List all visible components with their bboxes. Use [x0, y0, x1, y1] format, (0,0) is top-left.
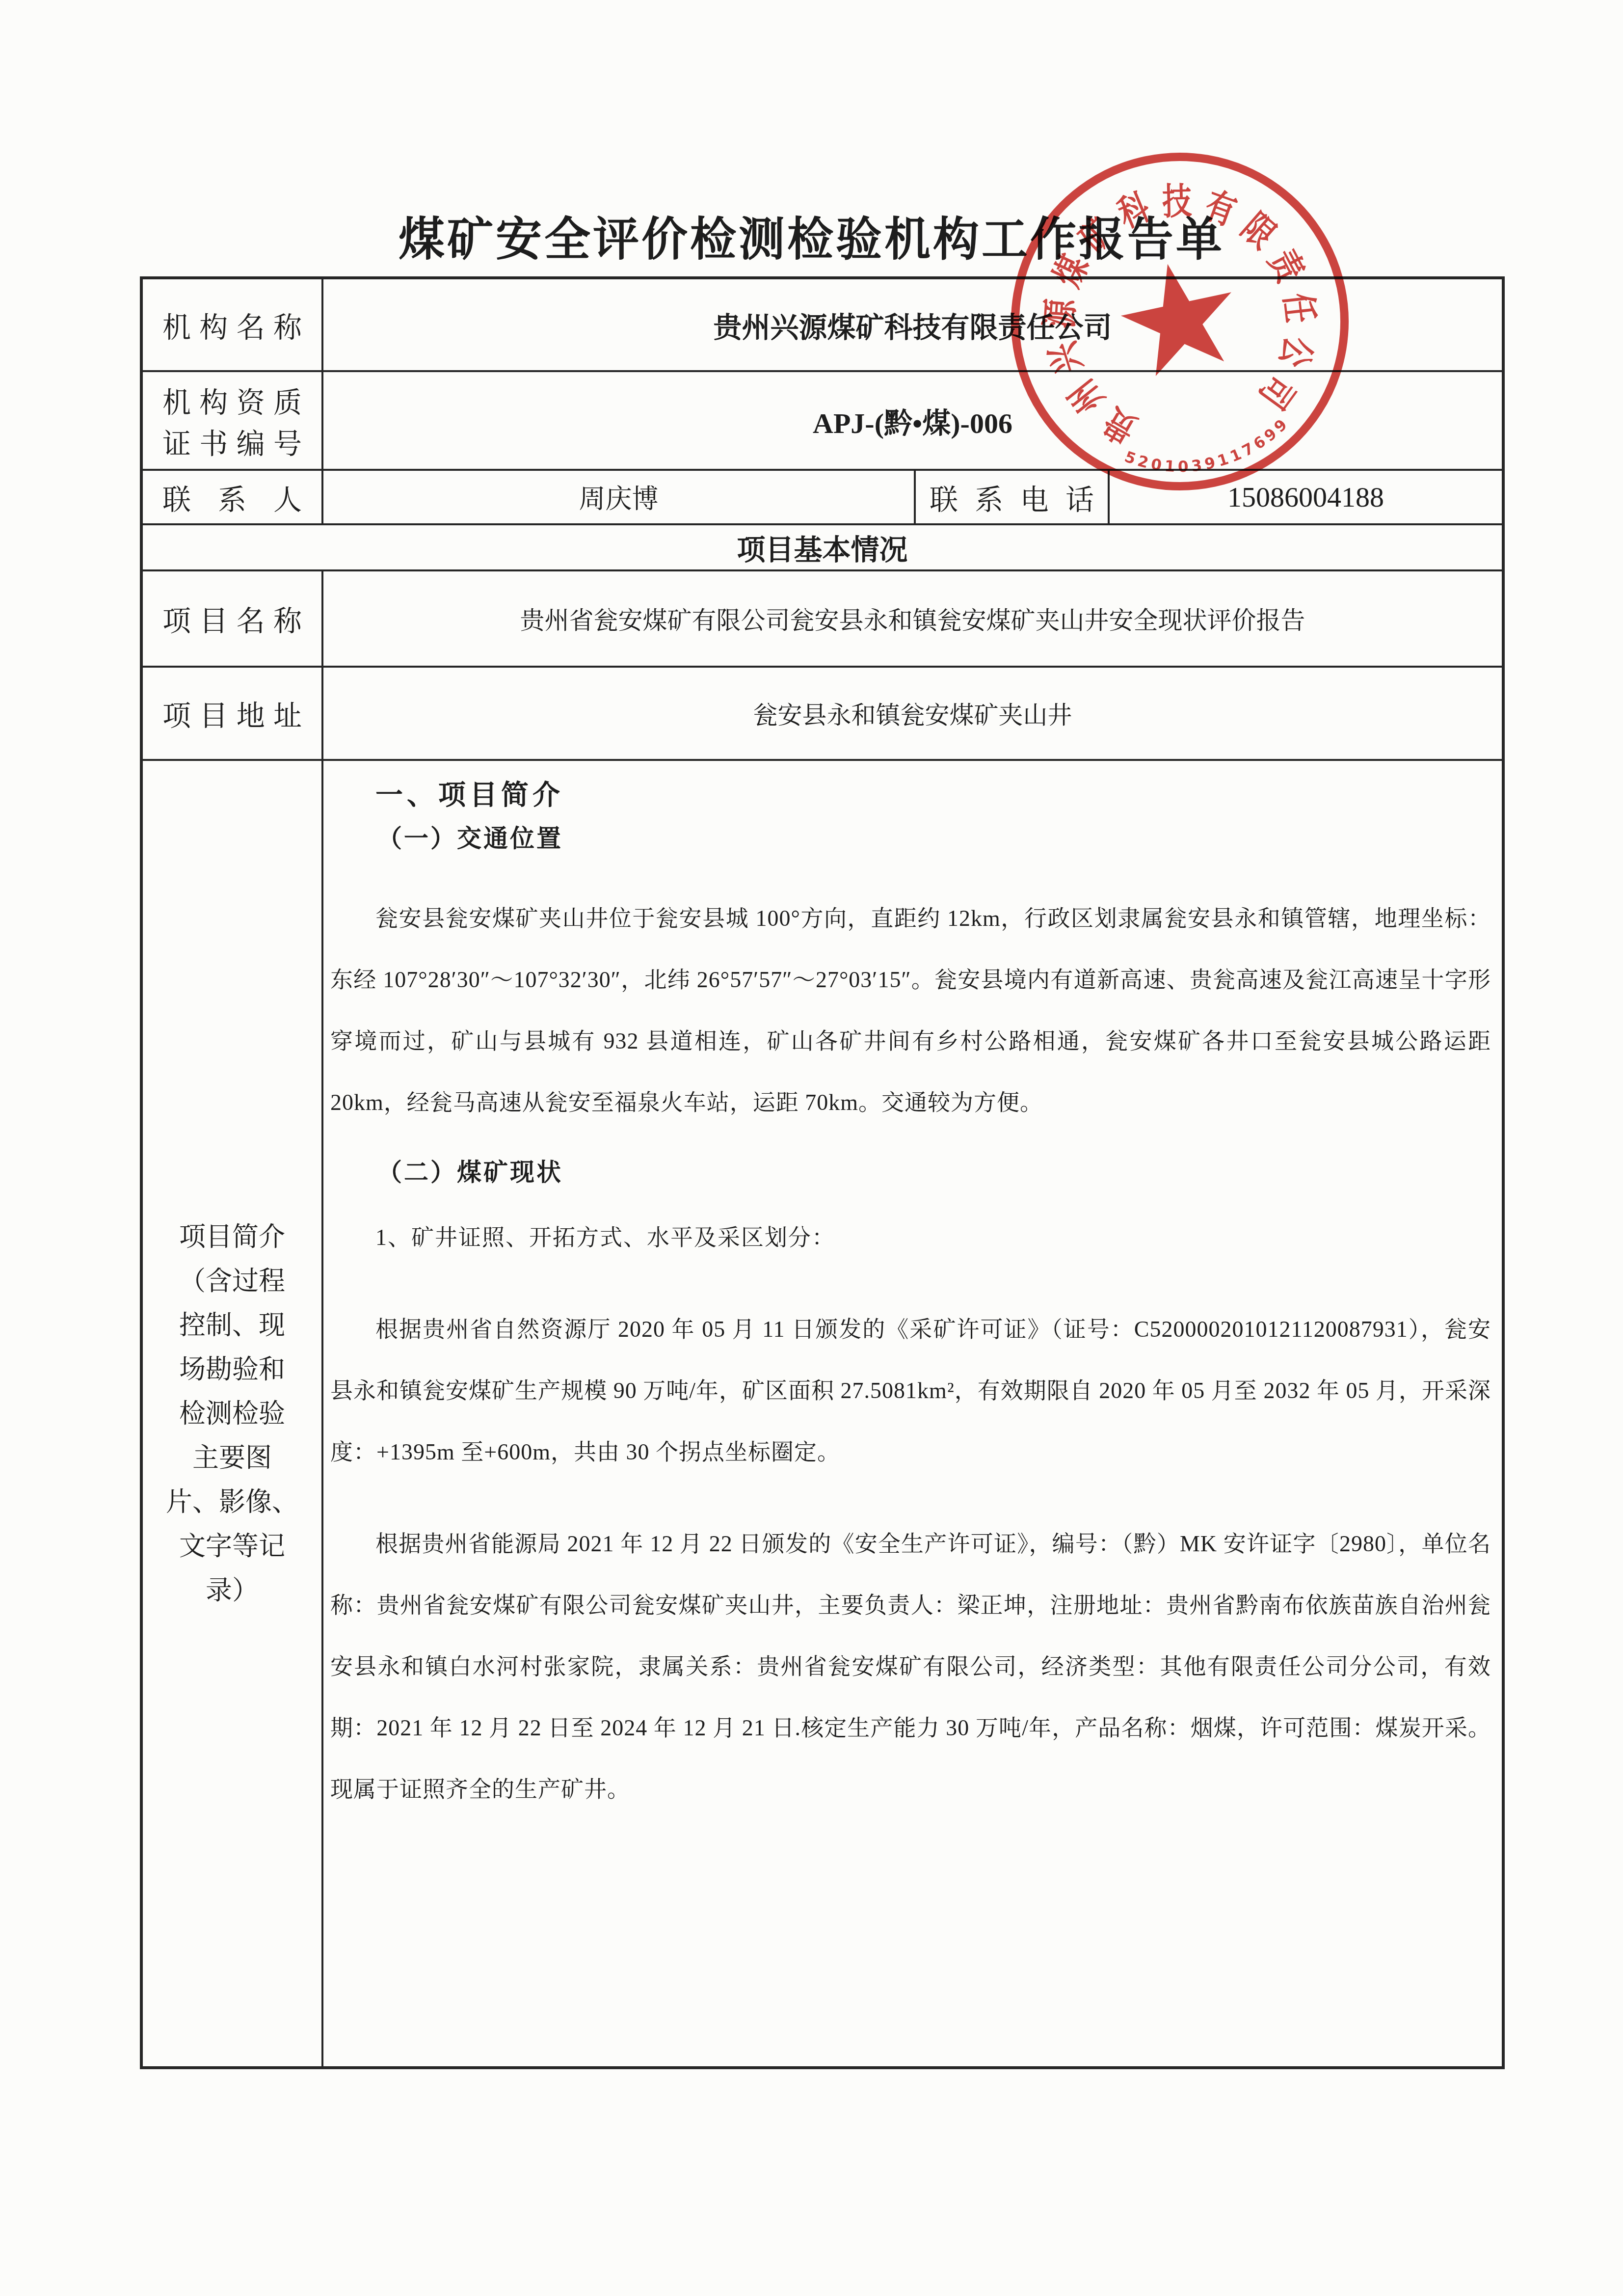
org-name-label-cell: 机构名称	[143, 279, 323, 372]
scanned-report-page: 煤矿安全评价检测检验机构工作报告单 机构名称 贵州兴源煤矿科技有限责任公司 机构…	[0, 0, 1623, 2296]
project-addr-value: 瓮安县永和镇瓮安煤矿夹山井	[753, 696, 1072, 731]
section-header-cell: 项目基本情况	[143, 525, 1502, 571]
project-name-value: 贵州省瓮安煤矿有限公司瓮安县永和镇瓮安煤矿夹山井安全现状评价报告	[520, 601, 1305, 636]
seal-code-digit: 0	[1176, 459, 1190, 476]
contact-value: 周庆博	[579, 478, 659, 516]
phone-value: 15086004188	[1227, 481, 1384, 513]
company-seal-stamp: ★ 贵州兴源煤矿科技有限责任公司 5201039117699	[975, 117, 1385, 527]
intro-label-line: 控制、现	[179, 1303, 285, 1348]
project-addr-value-cell: 瓮安县永和镇瓮安煤矿夹山井	[323, 668, 1502, 761]
intro-label-line: 场勘验和	[179, 1348, 285, 1392]
intro-heading-1: 一、项目简介	[330, 774, 1491, 817]
project-name-label-cell: 项目名称	[143, 571, 323, 668]
intro-heading-traffic: （一）交通位置	[330, 817, 1491, 860]
project-addr-label: 项目地址	[162, 693, 302, 734]
contact-label: 联系人	[162, 477, 302, 518]
cert-no-value: APJ-(黔•煤)-006	[813, 400, 1012, 441]
intro-paragraph-mining-license: 根据贵州省自然资源厅 2020 年 05 月 11 日颁发的《采矿许可证》（证号…	[330, 1298, 1491, 1483]
project-intro-label-cell: 项目简介（含过程控制、现场勘验和检测检验主要图片、影像、文字等记录）	[143, 761, 323, 2066]
intro-label-line: （含过程	[179, 1259, 285, 1303]
project-name-value-cell: 贵州省瓮安煤矿有限公司瓮安县永和镇瓮安煤矿夹山井安全现状评价报告	[323, 571, 1502, 668]
intro-label-line: 检测检验	[179, 1392, 285, 1436]
section-header: 项目基本情况	[737, 527, 907, 568]
intro-label-line: 文字等记	[179, 1524, 285, 1568]
cert-no-label-line1: 机构资质	[162, 379, 302, 421]
contact-value-cell: 周庆博	[323, 471, 916, 525]
intro-label-line: 项目简介	[179, 1215, 285, 1259]
document-title: 煤矿安全评价检测检验机构工作报告单	[0, 202, 1623, 269]
intro-label-line: 录）	[206, 1568, 259, 1613]
project-intro-body-cell: 一、项目简介 （一）交通位置 瓮安县瓮安煤矿夹山井位于瓮安县城 100°方向，直…	[323, 761, 1502, 2066]
intro-paragraph-safety-license: 根据贵州省能源局 2021 年 12 月 22 日颁发的《安全生产许可证》，编号…	[330, 1513, 1491, 1820]
seal-ring-char: 任	[1280, 290, 1323, 326]
org-name-label: 机构名称	[162, 304, 302, 346]
seal-ring-char: 技	[1161, 179, 1193, 219]
cert-no-label-cell: 机构资质 证书编号	[143, 372, 323, 471]
project-addr-label-cell: 项目地址	[143, 668, 323, 761]
cert-no-label-line2: 证书编号	[162, 421, 302, 462]
intro-heading-status: （二）煤矿现状	[330, 1151, 1491, 1194]
intro-paragraph-traffic: 瓮安县瓮安煤矿夹山井位于瓮安县城 100°方向，直距约 12km，行政区划隶属瓮…	[330, 888, 1491, 1133]
intro-subheading-licenses: 1、矿井证照、开拓方式、水平及采区划分：	[330, 1207, 1491, 1268]
seal-ring-char: 源	[1037, 297, 1078, 330]
contact-label-cell: 联系人	[143, 471, 323, 525]
intro-label-line: 片、影像、	[166, 1480, 298, 1524]
report-table: 机构名称 贵州兴源煤矿科技有限责任公司 机构资质 证书编号 APJ-(黔•煤)-…	[140, 276, 1505, 2069]
project-name-label: 项目名称	[162, 598, 302, 639]
seal-code-digit: 1	[1162, 458, 1177, 475]
intro-label-line: 主要图	[192, 1436, 272, 1480]
